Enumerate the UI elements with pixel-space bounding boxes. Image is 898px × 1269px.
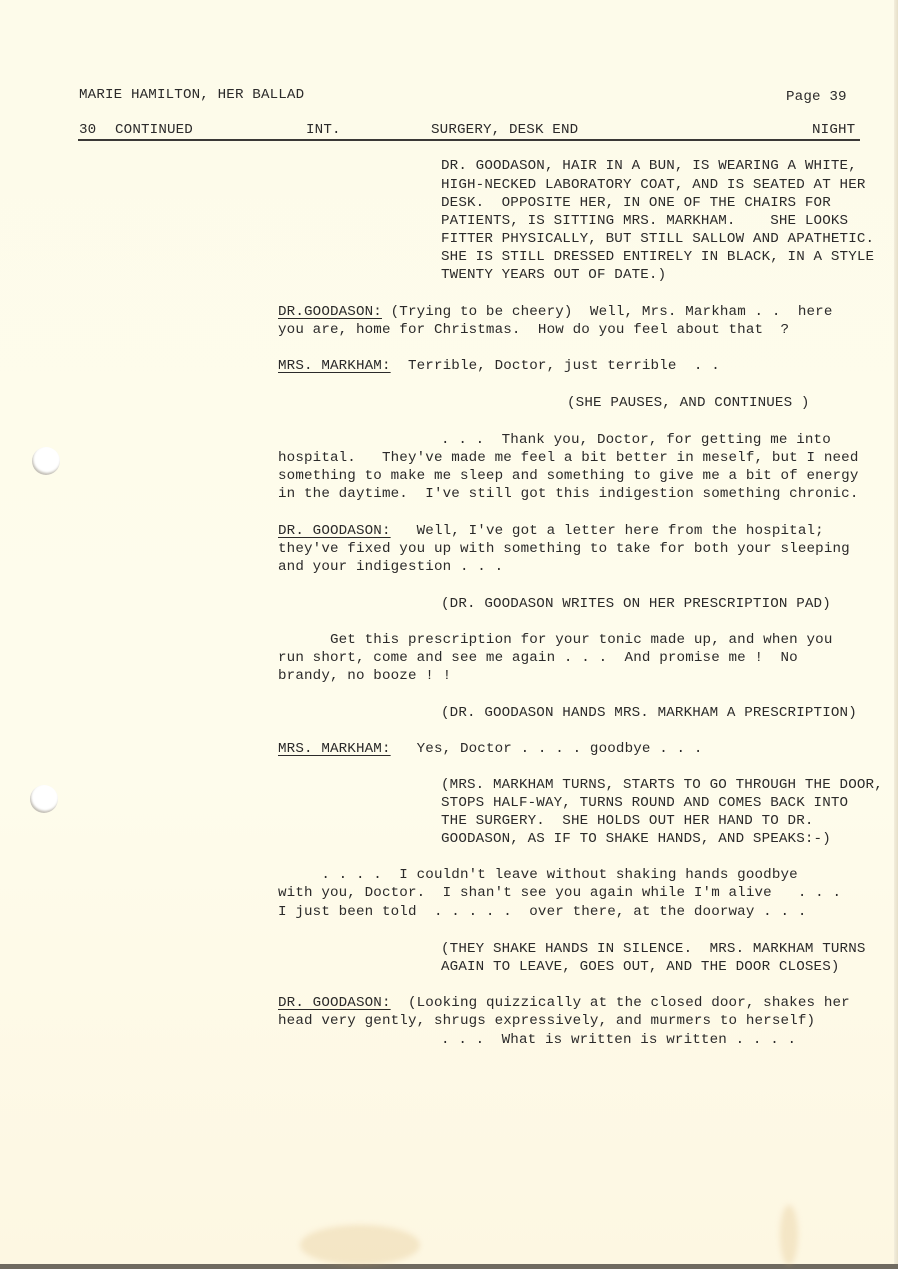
- speaker-name: DR.GOODASON:: [278, 304, 382, 320]
- scene-int-ext: INT.: [306, 121, 341, 139]
- speaker-name: DR. GOODASON:: [278, 995, 391, 1011]
- punch-hole: [30, 785, 58, 813]
- scene-time: NIGHT: [812, 121, 855, 139]
- page-number: Page 39: [786, 88, 847, 106]
- page-bottom-edge: [0, 1264, 898, 1269]
- paper-stain: [300, 1225, 420, 1265]
- script-title: MARIE HAMILTON, HER BALLAD: [79, 86, 304, 104]
- paper-stain: [780, 1205, 798, 1265]
- scene-status: CONTINUED: [115, 121, 193, 139]
- heading-rule: [78, 139, 860, 141]
- speaker-name: MRS. MARKHAM:: [278, 741, 391, 757]
- speaker-name: DR. GOODASON:: [278, 523, 391, 539]
- speaker-name: MRS. MARKHAM:: [278, 358, 391, 374]
- stage-direction: (DR. GOODASON HANDS MRS. MARKHAM A PRESC…: [441, 704, 857, 722]
- scene-number: 30: [79, 121, 96, 139]
- page-edge: [894, 0, 898, 1269]
- stage-direction: (SHE PAUSES, AND CONTINUES ): [567, 394, 810, 412]
- punch-hole: [32, 447, 60, 475]
- scene-location: SURGERY, DESK END: [431, 121, 578, 139]
- typescript-page: MARIE HAMILTON, HER BALLAD Page 39 30 CO…: [0, 0, 898, 1269]
- stage-direction: (DR. GOODASON WRITES ON HER PRESCRIPTION…: [441, 595, 831, 613]
